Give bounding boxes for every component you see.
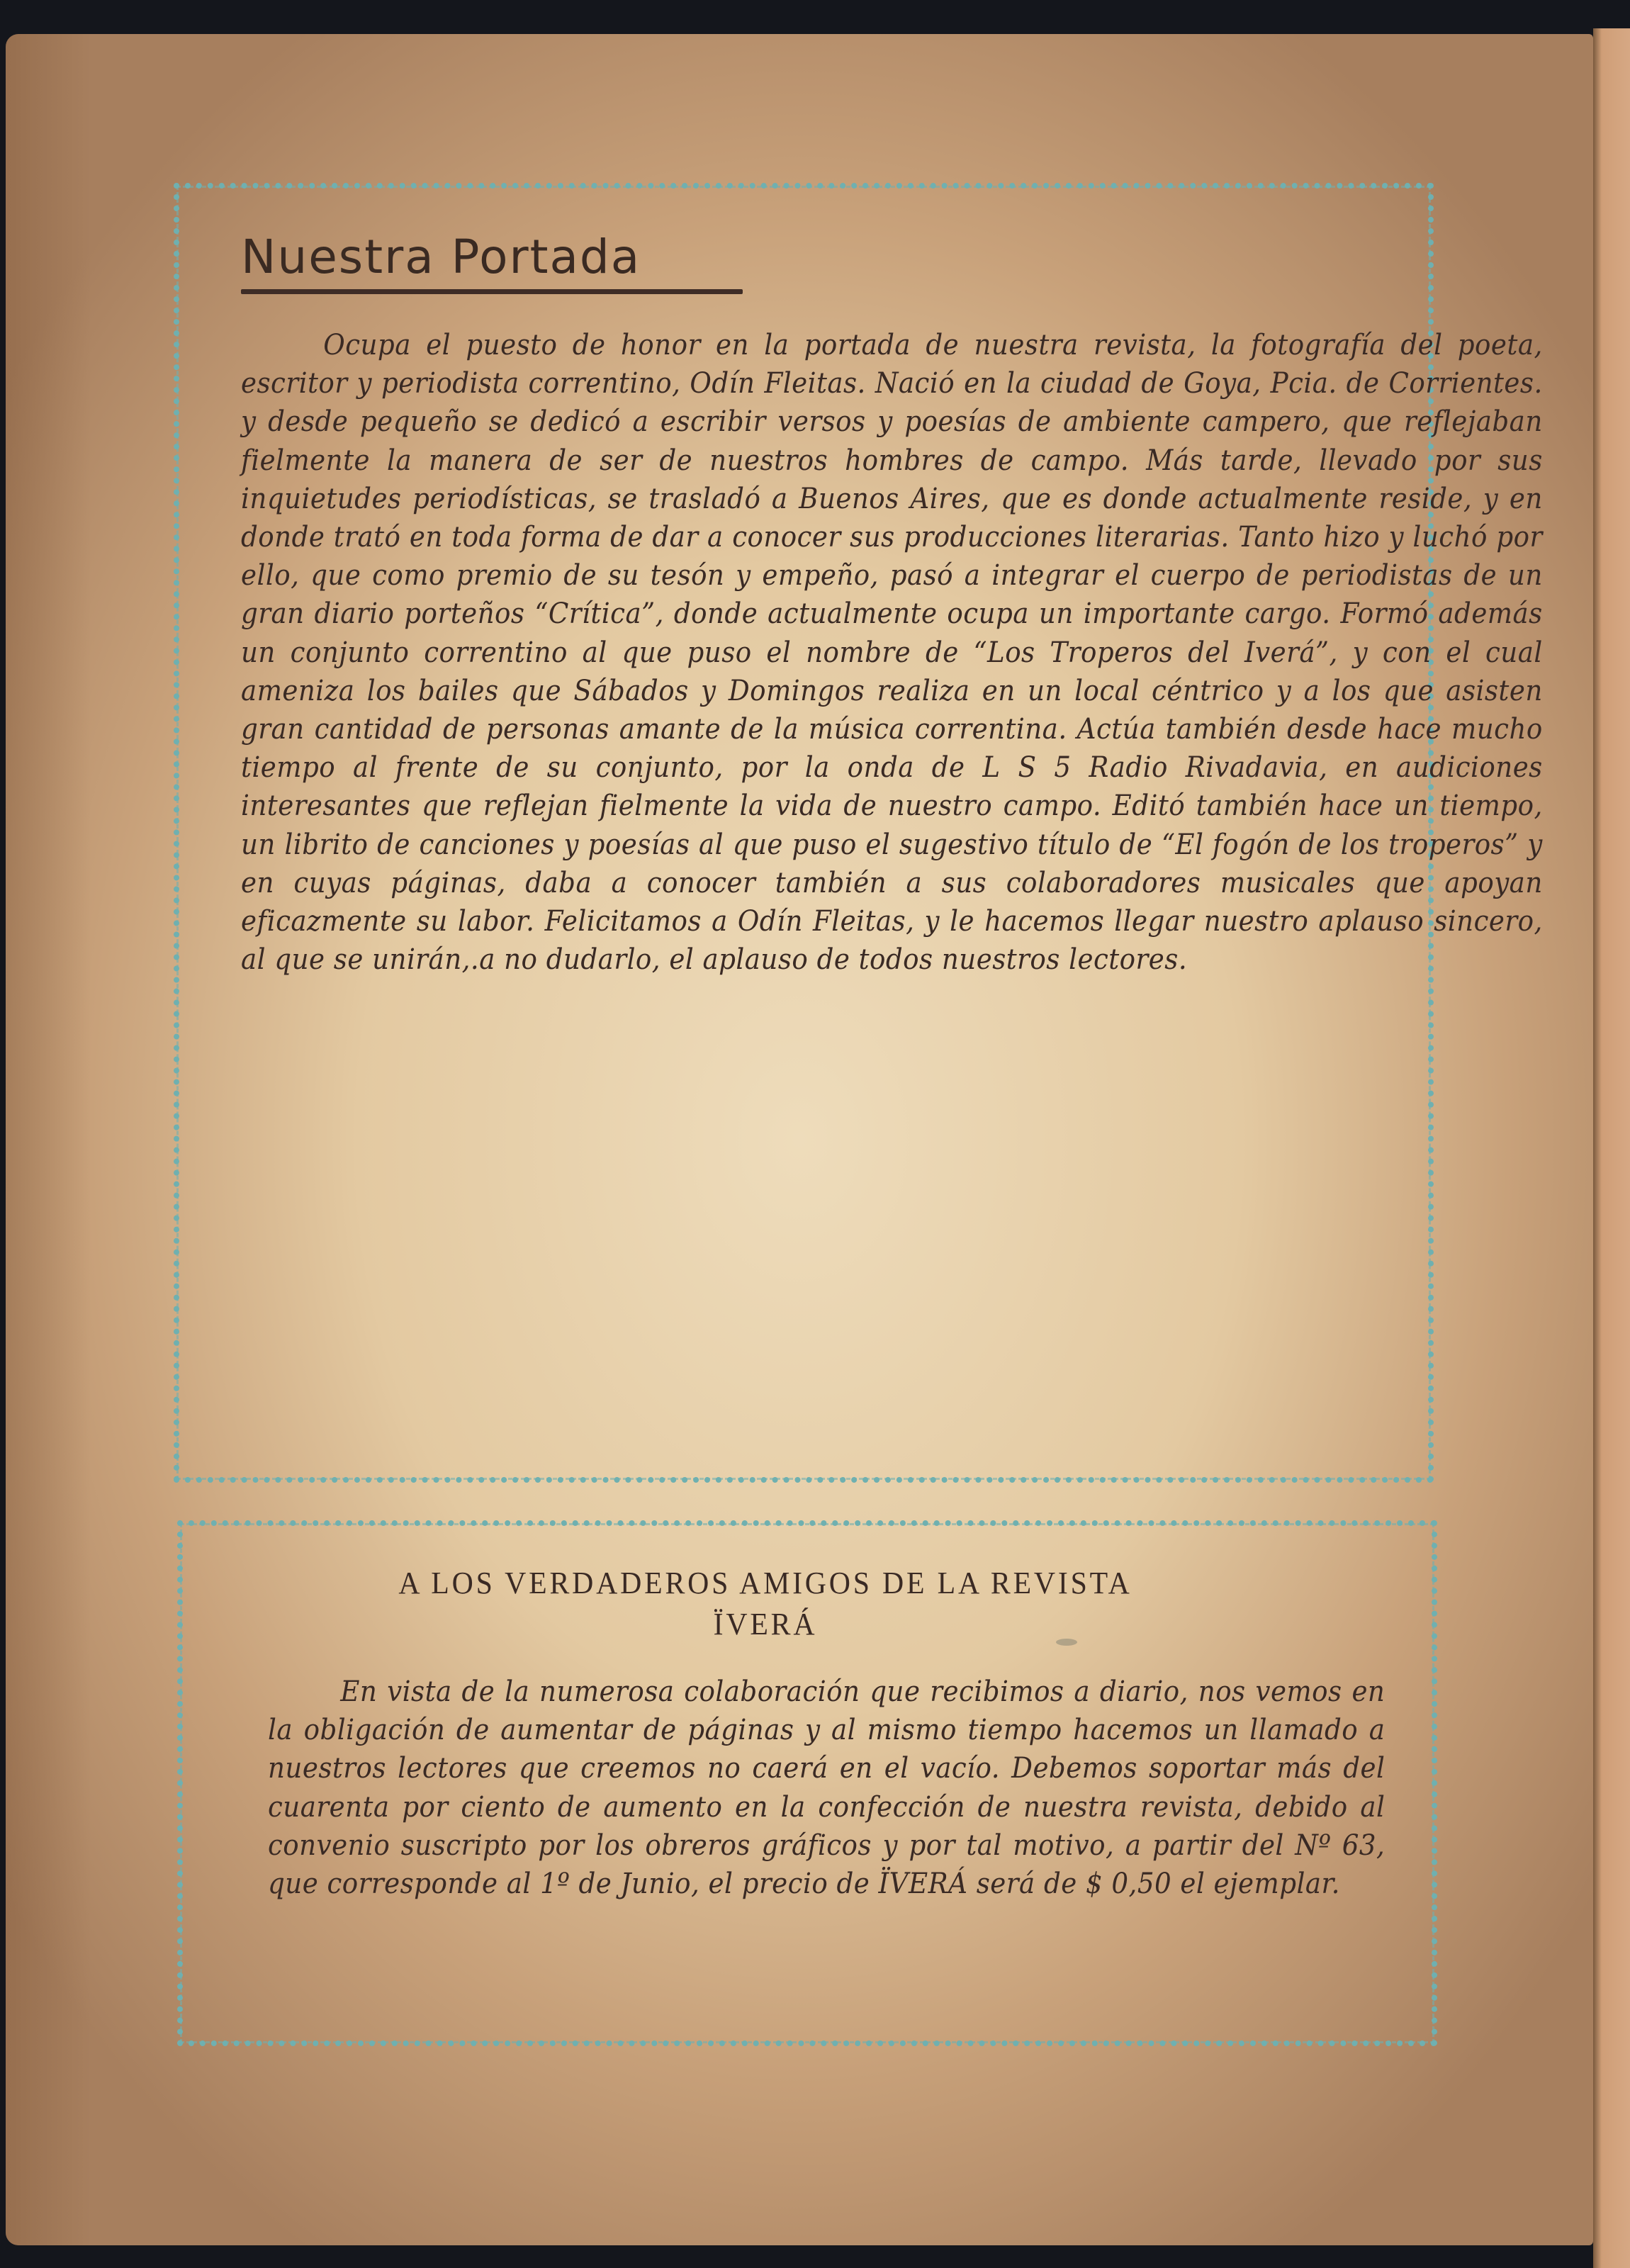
ink-stain <box>1056 1639 1077 1646</box>
heading-underline <box>241 289 743 294</box>
adjacent-page-edge <box>1593 28 1630 2268</box>
aviso-body-text: En vista de la numerosa colaboración que… <box>268 1673 1385 1903</box>
aviso-title-line-1: A LOS VERDADEROS AMIGOS DE LA REVISTA <box>240 1563 1291 1604</box>
aviso-title-line-2: ÏVERÁ <box>240 1604 1291 1645</box>
portada-heading: Nuestra Portada <box>241 234 641 281</box>
aviso-title: A LOS VERDADEROS AMIGOS DE LA REVISTA ÏV… <box>240 1563 1291 1645</box>
portada-body-text: Ocupa el puesto de honor en la portada d… <box>241 326 1543 979</box>
